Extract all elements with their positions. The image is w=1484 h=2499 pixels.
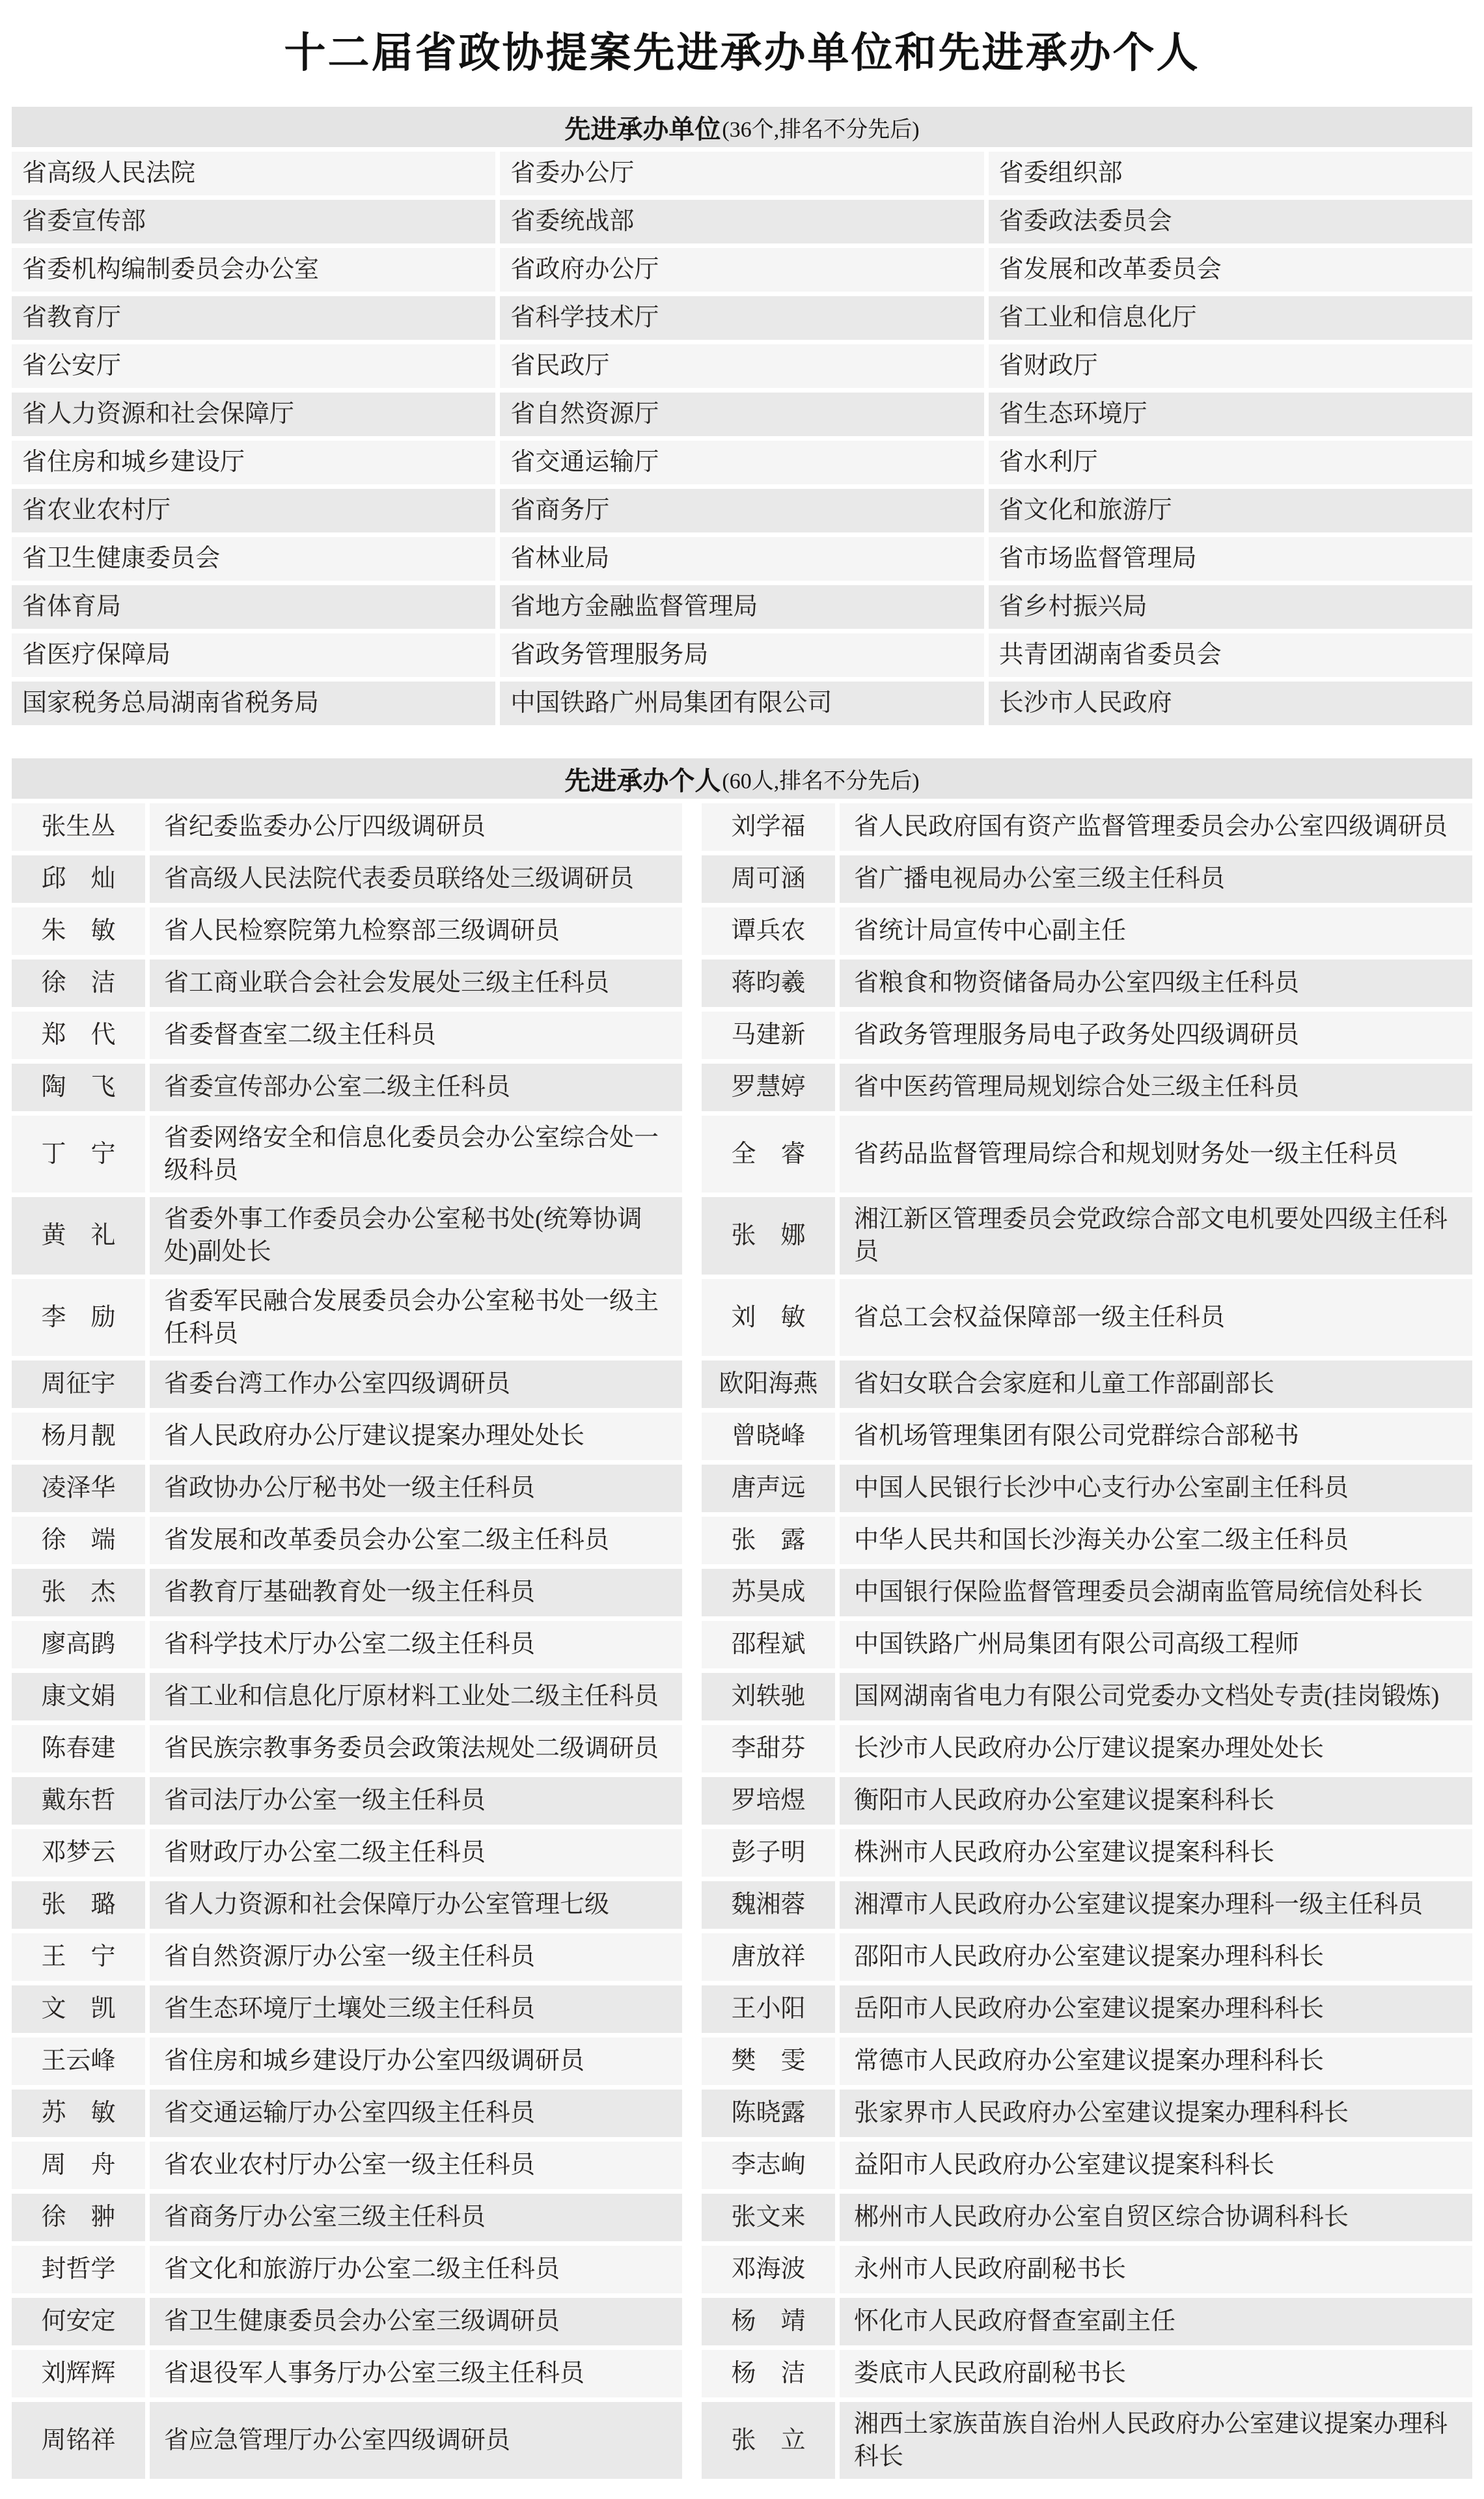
- individual-title-cell: 湘西土家族苗族自治州人民政府办公室建议提案办理科科长: [840, 2402, 1472, 2479]
- individuals-table-row: 周铭祥省应急管理厅办公室四级调研员张 立湘西土家族苗族自治州人民政府办公室建议提…: [12, 2402, 1472, 2479]
- individual-name-cell: 张 露: [702, 1517, 835, 1564]
- unit-cell: 省委政法委员会: [989, 200, 1472, 243]
- individual-title-cell: 娄底市人民政府副秘书长: [840, 2350, 1472, 2397]
- column-gutter: [687, 1116, 697, 1193]
- individual-name-cell: 周征宇: [12, 1360, 145, 1408]
- unit-cell: 共青团湖南省委员会: [989, 633, 1472, 677]
- unit-cell: 省卫生健康委员会: [12, 537, 495, 581]
- unit-cell: 省委统战部: [500, 200, 983, 243]
- individual-name-cell: 樊 雯: [702, 2037, 835, 2085]
- individual-title-cell: 省文化和旅游厅办公室二级主任科员: [150, 2246, 682, 2293]
- individual-name-cell: 刘 敏: [702, 1279, 835, 1356]
- individuals-table-row: 王 宁省自然资源厅办公室一级主任科员唐放祥邵阳市人民政府办公室建议提案办理科科长: [12, 1933, 1472, 1981]
- individual-title-cell: 中国人民银行长沙中心支行办公室副主任科员: [840, 1465, 1472, 1512]
- individual-name-cell: 周铭祥: [12, 2402, 145, 2479]
- individual-name-cell: 陈春建: [12, 1725, 145, 1773]
- individual-title-cell: 省发展和改革委员会办公室二级主任科员: [150, 1517, 682, 1564]
- individual-title-cell: 省科学技术厅办公室二级主任科员: [150, 1621, 682, 1668]
- individual-title-cell: 省总工会权益保障部一级主任科员: [840, 1279, 1472, 1356]
- individuals-header-note: (60人,排名不分先后): [722, 763, 919, 795]
- unit-cell: 省委宣传部: [12, 200, 495, 243]
- column-gutter: [687, 2194, 697, 2241]
- individuals-table-row: 杨月靓省人民政府办公厅建议提案办理处处长曾晓峰省机场管理集团有限公司党群综合部秘…: [12, 1413, 1472, 1460]
- individual-name-cell: 谭兵农: [702, 907, 835, 955]
- units-table-row: 省住房和城乡建设厅省交通运输厅省水利厅: [12, 441, 1472, 484]
- column-gutter: [687, 2246, 697, 2293]
- unit-cell: 省文化和旅游厅: [989, 489, 1472, 532]
- column-gutter: [687, 1673, 697, 1720]
- units-table-row: 省卫生健康委员会省林业局省市场监督管理局: [12, 537, 1472, 581]
- column-gutter: [687, 1279, 697, 1356]
- column-gutter: [687, 2037, 697, 2085]
- unit-cell: 省政府办公厅: [500, 248, 983, 292]
- individual-name-cell: 康文娟: [12, 1673, 145, 1720]
- individual-name-cell: 欧阳海燕: [702, 1360, 835, 1408]
- individuals-table-row: 邱 灿省高级人民法院代表委员联络处三级调研员周可涵省广播电视局办公室三级主任科员: [12, 855, 1472, 903]
- individual-name-cell: 邓梦云: [12, 1829, 145, 1877]
- unit-cell: 省水利厅: [989, 441, 1472, 484]
- individual-title-cell: 中华人民共和国长沙海关办公室二级主任科员: [840, 1517, 1472, 1564]
- individual-name-cell: 李志峋: [702, 2142, 835, 2189]
- individuals-table-row: 苏 敏省交通运输厅办公室四级主任科员陈晓露张家界市人民政府办公室建议提案办理科科…: [12, 2090, 1472, 2137]
- individual-name-cell: 苏昊成: [702, 1569, 835, 1616]
- individual-name-cell: 罗培煜: [702, 1777, 835, 1825]
- individuals-section: 先进承办个人(60人,排名不分先后) 张生丛省纪委监委办公厅四级调研员刘学福省人…: [12, 758, 1472, 2479]
- units-header-title: 先进承办单位: [564, 109, 721, 146]
- individual-title-cell: 中国银行保险监督管理委员会湖南监管局统信处科长: [840, 1569, 1472, 1616]
- unit-cell: 省委机构编制委员会办公室: [12, 248, 495, 292]
- unit-cell: 国家税务总局湖南省税务局: [12, 682, 495, 725]
- individuals-table-row: 陶 飞省委宣传部办公室二级主任科员罗慧婷省中医药管理局规划综合处三级主任科员: [12, 1064, 1472, 1111]
- unit-cell: 省财政厅: [989, 344, 1472, 388]
- individuals-table-row: 刘辉辉省退役军人事务厅办公室三级主任科员杨 洁娄底市人民政府副秘书长: [12, 2350, 1472, 2397]
- unit-cell: 省住房和城乡建设厅: [12, 441, 495, 484]
- individual-name-cell: 张生丛: [12, 803, 145, 851]
- individuals-table-row: 陈春建省民族宗教事务委员会政策法规处二级调研员李甜芬长沙市人民政府办公厅建议提案…: [12, 1725, 1472, 1773]
- unit-cell: 省生态环境厅: [989, 393, 1472, 436]
- individual-title-cell: 省药品监督管理局综合和规划财务处一级主任科员: [840, 1116, 1472, 1193]
- individual-title-cell: 省广播电视局办公室三级主任科员: [840, 855, 1472, 903]
- individual-title-cell: 省工商业联合会社会发展处三级主任科员: [150, 960, 682, 1007]
- individual-title-cell: 省政协办公厅秘书处一级主任科员: [150, 1465, 682, 1512]
- individual-name-cell: 何安定: [12, 2298, 145, 2345]
- individual-name-cell: 唐声远: [702, 1465, 835, 1512]
- unit-cell: 省发展和改革委员会: [989, 248, 1472, 292]
- individual-name-cell: 邱 灿: [12, 855, 145, 903]
- column-gutter: [687, 2402, 697, 2479]
- individual-name-cell: 曾晓峰: [702, 1413, 835, 1460]
- individual-title-cell: 省自然资源厅办公室一级主任科员: [150, 1933, 682, 1981]
- column-gutter: [687, 1777, 697, 1825]
- units-table-row: 省委机构编制委员会办公室省政府办公厅省发展和改革委员会: [12, 248, 1472, 292]
- individual-name-cell: 张 杰: [12, 1569, 145, 1616]
- individuals-table-row: 黄 礼省委外事工作委员会办公室秘书处(统筹协调处)副处长张 娜湘江新区管理委员会…: [12, 1197, 1472, 1274]
- individuals-table-row: 何安定省卫生健康委员会办公室三级调研员杨 靖怀化市人民政府督查室副主任: [12, 2298, 1472, 2345]
- individual-title-cell: 永州市人民政府副秘书长: [840, 2246, 1472, 2293]
- unit-cell: 长沙市人民政府: [989, 682, 1472, 725]
- section-divider: [12, 730, 1472, 758]
- individual-title-cell: 衡阳市人民政府办公室建议提案科科长: [840, 1777, 1472, 1825]
- units-table-row: 省农业农村厅省商务厅省文化和旅游厅: [12, 489, 1472, 532]
- column-gutter: [687, 1517, 697, 1564]
- individual-name-cell: 刘轶驰: [702, 1673, 835, 1720]
- individual-name-cell: 唐放祥: [702, 1933, 835, 1981]
- individuals-table-row: 徐 洁省工商业联合会社会发展处三级主任科员蒋昀羲省粮食和物资储备局办公室四级主任…: [12, 960, 1472, 1007]
- individual-title-cell: 中国铁路广州局集团有限公司高级工程师: [840, 1621, 1472, 1668]
- unit-cell: 省教育厅: [12, 296, 495, 340]
- individuals-table-row: 郑 代省委督查室二级主任科员马建新省政务管理服务局电子政务处四级调研员: [12, 1012, 1472, 1059]
- unit-cell: 省人力资源和社会保障厅: [12, 393, 495, 436]
- individuals-table-row: 朱 敏省人民检察院第九检察部三级调研员谭兵农省统计局宣传中心副主任: [12, 907, 1472, 955]
- individual-name-cell: 封哲学: [12, 2246, 145, 2293]
- individual-name-cell: 王云峰: [12, 2037, 145, 2085]
- individuals-table-row: 文 凯省生态环境厅土壤处三级主任科员王小阳岳阳市人民政府办公室建议提案办理科科长: [12, 1985, 1472, 2033]
- individuals-table-row: 张 璐省人力资源和社会保障厅办公室管理七级魏湘蓉湘潭市人民政府办公室建议提案办理…: [12, 1881, 1472, 1929]
- individual-name-cell: 徐 翀: [12, 2194, 145, 2241]
- units-table-row: 省高级人民法院省委办公厅省委组织部: [12, 152, 1472, 195]
- column-gutter: [687, 803, 697, 851]
- individual-title-cell: 省妇女联合会家庭和儿童工作部副部长: [840, 1360, 1472, 1408]
- individual-title-cell: 株洲市人民政府办公室建议提案科科长: [840, 1829, 1472, 1877]
- individuals-table-row: 周 舟省农业农村厅办公室一级主任科员李志峋益阳市人民政府办公室建议提案科科长: [12, 2142, 1472, 2189]
- individual-title-cell: 省人力资源和社会保障厅办公室管理七级: [150, 1881, 682, 1929]
- column-gutter: [687, 855, 697, 903]
- column-gutter: [687, 1985, 697, 2033]
- unit-cell: 省委组织部: [989, 152, 1472, 195]
- unit-cell: 省委办公厅: [500, 152, 983, 195]
- individual-name-cell: 张 立: [702, 2402, 835, 2479]
- individual-name-cell: 魏湘蓉: [702, 1881, 835, 1929]
- page: 十二届省政协提案先进承办单位和先进承办个人 先进承办单位(36个,排名不分先后)…: [0, 0, 1484, 2499]
- individual-title-cell: 省委外事工作委员会办公室秘书处(统筹协调处)副处长: [150, 1197, 682, 1274]
- individual-name-cell: 黄 礼: [12, 1197, 145, 1274]
- individuals-table-row: 徐 端省发展和改革委员会办公室二级主任科员张 露中华人民共和国长沙海关办公室二级…: [12, 1517, 1472, 1564]
- column-gutter: [687, 1012, 697, 1059]
- individual-title-cell: 省人民政府办公厅建议提案办理处处长: [150, 1413, 682, 1460]
- individuals-table-row: 廖高鹍省科学技术厅办公室二级主任科员邵程斌中国铁路广州局集团有限公司高级工程师: [12, 1621, 1472, 1668]
- individual-title-cell: 省粮食和物资储备局办公室四级主任科员: [840, 960, 1472, 1007]
- column-gutter: [687, 2350, 697, 2397]
- unit-cell: 省农业农村厅: [12, 489, 495, 532]
- individual-name-cell: 苏 敏: [12, 2090, 145, 2137]
- individual-name-cell: 戴东哲: [12, 1777, 145, 1825]
- individual-title-cell: 省纪委监委办公厅四级调研员: [150, 803, 682, 851]
- column-gutter: [687, 1933, 697, 1981]
- unit-cell: 省商务厅: [500, 489, 983, 532]
- individual-title-cell: 省高级人民法院代表委员联络处三级调研员: [150, 855, 682, 903]
- individual-name-cell: 陶 飞: [12, 1064, 145, 1111]
- column-gutter: [687, 2142, 697, 2189]
- individuals-table-row: 王云峰省住房和城乡建设厅办公室四级调研员樊 雯常德市人民政府办公室建议提案办理科…: [12, 2037, 1472, 2085]
- units-header-note: (36个,排名不分先后): [722, 111, 919, 143]
- column-gutter: [687, 1465, 697, 1512]
- unit-cell: 省自然资源厅: [500, 393, 983, 436]
- unit-cell: 省体育局: [12, 585, 495, 629]
- individual-name-cell: 陈晓露: [702, 2090, 835, 2137]
- units-section: 先进承办单位(36个,排名不分先后) 省高级人民法院省委办公厅省委组织部省委宣传…: [12, 107, 1472, 725]
- individual-title-cell: 省卫生健康委员会办公室三级调研员: [150, 2298, 682, 2345]
- individual-name-cell: 李 励: [12, 1279, 145, 1356]
- individual-name-cell: 凌泽华: [12, 1465, 145, 1512]
- individual-title-cell: 省生态环境厅土壤处三级主任科员: [150, 1985, 682, 2033]
- individual-title-cell: 省农业农村厅办公室一级主任科员: [150, 2142, 682, 2189]
- individual-title-cell: 省委台湾工作办公室四级调研员: [150, 1360, 682, 1408]
- individuals-table-row: 凌泽华省政协办公厅秘书处一级主任科员唐声远中国人民银行长沙中心支行办公室副主任科…: [12, 1465, 1472, 1512]
- individual-title-cell: 邵阳市人民政府办公室建议提案办理科科长: [840, 1933, 1472, 1981]
- individuals-table-row: 丁 宁省委网络安全和信息化委员会办公室综合处一级科员全 睿省药品监督管理局综合和…: [12, 1116, 1472, 1193]
- individual-title-cell: 省交通运输厅办公室四级主任科员: [150, 2090, 682, 2137]
- column-gutter: [687, 960, 697, 1007]
- individual-name-cell: 徐 洁: [12, 960, 145, 1007]
- unit-cell: 省工业和信息化厅: [989, 296, 1472, 340]
- unit-cell: 省高级人民法院: [12, 152, 495, 195]
- column-gutter: [687, 1829, 697, 1877]
- unit-cell: 中国铁路广州局集团有限公司: [500, 682, 983, 725]
- individual-name-cell: 全 睿: [702, 1116, 835, 1193]
- individual-title-cell: 省教育厅基础教育处一级主任科员: [150, 1569, 682, 1616]
- column-gutter: [687, 1621, 697, 1668]
- individual-name-cell: 刘学福: [702, 803, 835, 851]
- units-table-row: 省医疗保障局省政务管理服务局共青团湖南省委员会: [12, 633, 1472, 677]
- individual-title-cell: 省委宣传部办公室二级主任科员: [150, 1064, 682, 1111]
- individual-title-cell: 省人民政府国有资产监督管理委员会办公室四级调研员: [840, 803, 1472, 851]
- individual-title-cell: 省财政厅办公室二级主任科员: [150, 1829, 682, 1877]
- individual-name-cell: 彭子明: [702, 1829, 835, 1877]
- individual-title-cell: 省工业和信息化厅原材料工业处二级主任科员: [150, 1673, 682, 1720]
- individual-name-cell: 张 娜: [702, 1197, 835, 1274]
- column-gutter: [687, 1569, 697, 1616]
- individual-name-cell: 马建新: [702, 1012, 835, 1059]
- individual-title-cell: 湘潭市人民政府办公室建议提案办理科一级主任科员: [840, 1881, 1472, 1929]
- individual-title-cell: 省机场管理集团有限公司党群综合部秘书: [840, 1413, 1472, 1460]
- individual-name-cell: 文 凯: [12, 1985, 145, 2033]
- individual-title-cell: 省司法厅办公室一级主任科员: [150, 1777, 682, 1825]
- individual-title-cell: 常德市人民政府办公室建议提案办理科科长: [840, 2037, 1472, 2085]
- column-gutter: [687, 1725, 697, 1773]
- individual-title-cell: 怀化市人民政府督查室副主任: [840, 2298, 1472, 2345]
- individual-title-cell: 国网湖南省电力有限公司党委办文档处专责(挂岗锻炼): [840, 1673, 1472, 1720]
- units-table-row: 省委宣传部省委统战部省委政法委员会: [12, 200, 1472, 243]
- column-gutter: [687, 2298, 697, 2345]
- individual-title-cell: 省委网络安全和信息化委员会办公室综合处一级科员: [150, 1116, 682, 1193]
- column-gutter: [687, 1064, 697, 1111]
- units-table: 省高级人民法院省委办公厅省委组织部省委宣传部省委统战部省委政法委员会省委机构编制…: [12, 152, 1472, 725]
- individual-title-cell: 省退役军人事务厅办公室三级主任科员: [150, 2350, 682, 2397]
- individual-name-cell: 蒋昀羲: [702, 960, 835, 1007]
- column-gutter: [687, 1413, 697, 1460]
- individual-name-cell: 王小阳: [702, 1985, 835, 2033]
- individual-title-cell: 省人民检察院第九检察部三级调研员: [150, 907, 682, 955]
- individual-name-cell: 李甜芬: [702, 1725, 835, 1773]
- individuals-table-row: 李 励省委军民融合发展委员会办公室秘书处一级主任科员刘 敏省总工会权益保障部一级…: [12, 1279, 1472, 1356]
- individual-name-cell: 杨 靖: [702, 2298, 835, 2345]
- individuals-table-row: 张生丛省纪委监委办公厅四级调研员刘学福省人民政府国有资产监督管理委员会办公室四级…: [12, 803, 1472, 851]
- individual-title-cell: 省民族宗教事务委员会政策法规处二级调研员: [150, 1725, 682, 1773]
- column-gutter: [687, 1881, 697, 1929]
- individual-name-cell: 罗慧婷: [702, 1064, 835, 1111]
- individual-name-cell: 郑 代: [12, 1012, 145, 1059]
- column-gutter: [687, 907, 697, 955]
- individual-title-cell: 郴州市人民政府办公室自贸区综合协调科科长: [840, 2194, 1472, 2241]
- individual-name-cell: 张 璐: [12, 1881, 145, 1929]
- individuals-table-row: 戴东哲省司法厅办公室一级主任科员罗培煜衡阳市人民政府办公室建议提案科科长: [12, 1777, 1472, 1825]
- unit-cell: 省医疗保障局: [12, 633, 495, 677]
- individual-title-cell: 省统计局宣传中心副主任: [840, 907, 1472, 955]
- individuals-table-row: 康文娟省工业和信息化厅原材料工业处二级主任科员刘轶驰国网湖南省电力有限公司党委办…: [12, 1673, 1472, 1720]
- individual-name-cell: 周可涵: [702, 855, 835, 903]
- individual-name-cell: 徐 端: [12, 1517, 145, 1564]
- unit-cell: 省科学技术厅: [500, 296, 983, 340]
- individual-name-cell: 刘辉辉: [12, 2350, 145, 2397]
- unit-cell: 省林业局: [500, 537, 983, 581]
- individuals-table: 张生丛省纪委监委办公厅四级调研员刘学福省人民政府国有资产监督管理委员会办公室四级…: [12, 803, 1472, 2479]
- units-header: 先进承办单位(36个,排名不分先后): [12, 107, 1472, 147]
- individuals-table-row: 张 杰省教育厅基础教育处一级主任科员苏昊成中国银行保险监督管理委员会湖南监管局统…: [12, 1569, 1472, 1616]
- individuals-header-title: 先进承办个人: [564, 760, 721, 797]
- individual-name-cell: 邵程斌: [702, 1621, 835, 1668]
- individual-title-cell: 省住房和城乡建设厅办公室四级调研员: [150, 2037, 682, 2085]
- units-table-row: 省公安厅省民政厅省财政厅: [12, 344, 1472, 388]
- unit-cell: 省公安厅: [12, 344, 495, 388]
- individual-name-cell: 朱 敏: [12, 907, 145, 955]
- individual-title-cell: 省委军民融合发展委员会办公室秘书处一级主任科员: [150, 1279, 682, 1356]
- individual-name-cell: 杨 洁: [702, 2350, 835, 2397]
- unit-cell: 省乡村振兴局: [989, 585, 1472, 629]
- column-gutter: [687, 1360, 697, 1408]
- individual-name-cell: 丁 宁: [12, 1116, 145, 1193]
- individuals-table-row: 邓梦云省财政厅办公室二级主任科员彭子明株洲市人民政府办公室建议提案科科长: [12, 1829, 1472, 1877]
- individual-title-cell: 岳阳市人民政府办公室建议提案办理科科长: [840, 1985, 1472, 2033]
- individuals-header: 先进承办个人(60人,排名不分先后): [12, 758, 1472, 799]
- individuals-table-row: 封哲学省文化和旅游厅办公室二级主任科员邓海波永州市人民政府副秘书长: [12, 2246, 1472, 2293]
- individual-title-cell: 省委督查室二级主任科员: [150, 1012, 682, 1059]
- individual-name-cell: 杨月靓: [12, 1413, 145, 1460]
- units-table-row: 省教育厅省科学技术厅省工业和信息化厅: [12, 296, 1472, 340]
- units-table-row: 国家税务总局湖南省税务局中国铁路广州局集团有限公司长沙市人民政府: [12, 682, 1472, 725]
- unit-cell: 省交通运输厅: [500, 441, 983, 484]
- individual-title-cell: 省中医药管理局规划综合处三级主任科员: [840, 1064, 1472, 1111]
- individual-title-cell: 省应急管理厅办公室四级调研员: [150, 2402, 682, 2479]
- individual-name-cell: 周 舟: [12, 2142, 145, 2189]
- individual-title-cell: 张家界市人民政府办公室建议提案办理科科长: [840, 2090, 1472, 2137]
- individual-title-cell: 省政务管理服务局电子政务处四级调研员: [840, 1012, 1472, 1059]
- individuals-table-row: 徐 翀省商务厅办公室三级主任科员张文来郴州市人民政府办公室自贸区综合协调科科长: [12, 2194, 1472, 2241]
- page-title: 十二届省政协提案先进承办单位和先进承办个人: [12, 0, 1472, 107]
- individual-title-cell: 益阳市人民政府办公室建议提案科科长: [840, 2142, 1472, 2189]
- individual-name-cell: 廖高鹍: [12, 1621, 145, 1668]
- unit-cell: 省政务管理服务局: [500, 633, 983, 677]
- individual-name-cell: 邓海波: [702, 2246, 835, 2293]
- individual-title-cell: 湘江新区管理委员会党政综合部文电机要处四级主任科员: [840, 1197, 1472, 1274]
- column-gutter: [687, 1197, 697, 1274]
- individual-title-cell: 省商务厅办公室三级主任科员: [150, 2194, 682, 2241]
- unit-cell: 省地方金融监督管理局: [500, 585, 983, 629]
- individual-name-cell: 王 宁: [12, 1933, 145, 1981]
- units-table-row: 省人力资源和社会保障厅省自然资源厅省生态环境厅: [12, 393, 1472, 436]
- individual-name-cell: 张文来: [702, 2194, 835, 2241]
- unit-cell: 省市场监督管理局: [989, 537, 1472, 581]
- column-gutter: [687, 2090, 697, 2137]
- units-table-row: 省体育局省地方金融监督管理局省乡村振兴局: [12, 585, 1472, 629]
- individuals-table-row: 周征宇省委台湾工作办公室四级调研员欧阳海燕省妇女联合会家庭和儿童工作部副部长: [12, 1360, 1472, 1408]
- unit-cell: 省民政厅: [500, 344, 983, 388]
- individual-title-cell: 长沙市人民政府办公厅建议提案办理处处长: [840, 1725, 1472, 1773]
